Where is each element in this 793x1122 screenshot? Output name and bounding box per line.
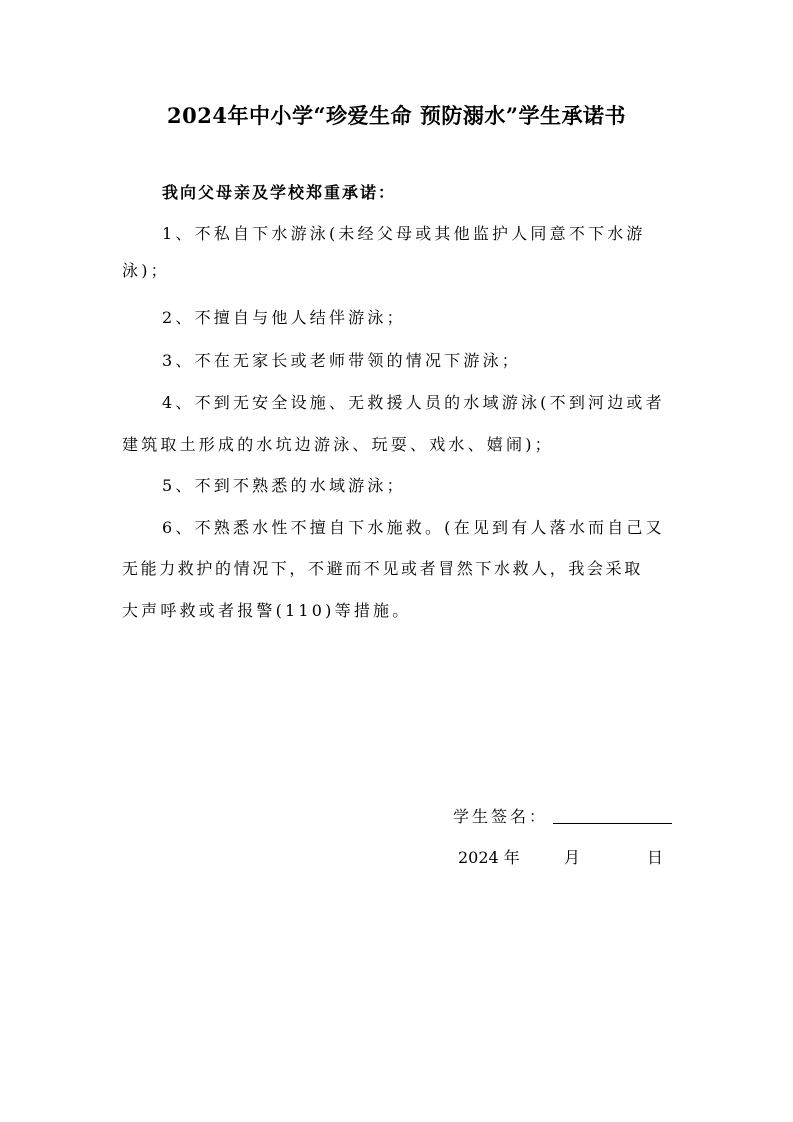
promise-line-8: 6、不熟悉水性不擅自下水施救。(在见到有人落水而自己又 bbox=[162, 515, 665, 538]
document-title: 2024年中小学“珍爱生命 预防溺水”学生承诺书 bbox=[0, 100, 793, 130]
date-year: 2024 年 bbox=[458, 845, 520, 868]
date-month: 月 bbox=[564, 845, 580, 868]
promise-line-3: 2、不擅自与他人结伴游泳； bbox=[162, 305, 406, 328]
promise-line-1: 1、不私自下水游泳(未经父母或其他监护人同意不下水游 bbox=[162, 221, 646, 244]
promise-line-5: 4、不到无安全设施、无救援人员的水域游泳(不到河边或者 bbox=[162, 390, 665, 413]
signature-field[interactable] bbox=[553, 823, 672, 824]
promise-line-7: 5、不到不熟悉的水域游泳； bbox=[162, 473, 406, 496]
promise-line-4: 3、不在无家长或老师带领的情况下游泳； bbox=[162, 348, 521, 371]
promise-line-6: 建筑取土形成的水坑边游泳、玩耍、戏水、嬉闹)； bbox=[122, 432, 554, 455]
signature-label: 学生签名： bbox=[453, 804, 548, 827]
intro-text: 我向父母亲及学校郑重承诺： bbox=[162, 174, 715, 211]
promise-line-10: 大声呼救或者报警(110)等措施。 bbox=[122, 598, 411, 621]
promise-line-2: 泳)； bbox=[122, 258, 170, 281]
promise-line-9: 无能力救护的情况下，不避而不见或者冒然下水救人，我会采取 bbox=[122, 556, 643, 579]
date-day: 日 bbox=[647, 845, 663, 868]
